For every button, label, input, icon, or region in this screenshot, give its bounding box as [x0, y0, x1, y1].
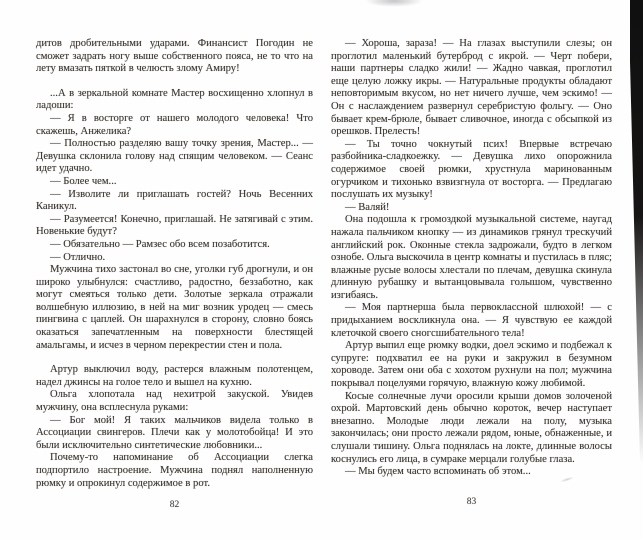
paragraph: ...А в зеркальной комнате Мастер восхище…: [36, 88, 313, 113]
page-right-text: — Хороша, зараза! — На глазах выступили …: [331, 38, 612, 479]
paragraph: Почему-то напоминание об Ассоциации слег…: [36, 452, 313, 490]
paragraph: — Хороша, зараза! — На глазах выступили …: [331, 38, 612, 139]
paragraph: Артур выпил еще рюмку водки, доел эскимо…: [331, 340, 612, 390]
scan-artifact-top: [365, 0, 423, 7]
paragraph: — Полностью разделяю вашу точку зрения, …: [36, 138, 313, 176]
paragraph: Она подошла к громоздкой музыкальной сис…: [331, 214, 612, 302]
paragraph: Артур выключил воду, растерся влажным по…: [36, 364, 313, 389]
paragraph: — Разумеется! Конечно, приглашай. Не зат…: [36, 214, 313, 239]
paragraph: — Более чем...: [36, 176, 313, 189]
paragraph: Мужчина тихо застонал во сне, уголки губ…: [36, 264, 313, 352]
photo-edge-shadow-right: [630, 0, 643, 478]
paragraph: — Валяй!: [331, 202, 612, 215]
paragraph: — Обязательно — Рамзес обо всем позаботи…: [36, 239, 313, 252]
paragraph: Ольга хлопотала над нехитрой закуской. У…: [36, 389, 313, 414]
paragraph: — Бог мой! Я таких мальчиков видела толь…: [36, 415, 313, 453]
paragraph: дитов дробительными ударами. Финансист П…: [36, 38, 313, 76]
book-spread: дитов дробительными ударами. Финансист П…: [0, 0, 643, 540]
paragraph: — Ты точно чокнутый псих! Впервые встреч…: [331, 139, 612, 202]
paragraph: Косые солнечные лучи оросили крыши домов…: [331, 391, 612, 467]
page-number-left: 82: [36, 500, 313, 510]
paragraph: — Моя партнерша была первоклассной шлюхо…: [331, 302, 612, 340]
paragraph: — Изволите ли приглашать гостей? Ночь Ве…: [36, 189, 313, 214]
paragraph: — Отлично.: [36, 252, 313, 265]
page-number-right: 83: [331, 497, 612, 507]
paragraph: — Я в восторге от нашего молодого челове…: [36, 113, 313, 138]
page-left-text: дитов дробительными ударами. Финансист П…: [36, 38, 313, 490]
